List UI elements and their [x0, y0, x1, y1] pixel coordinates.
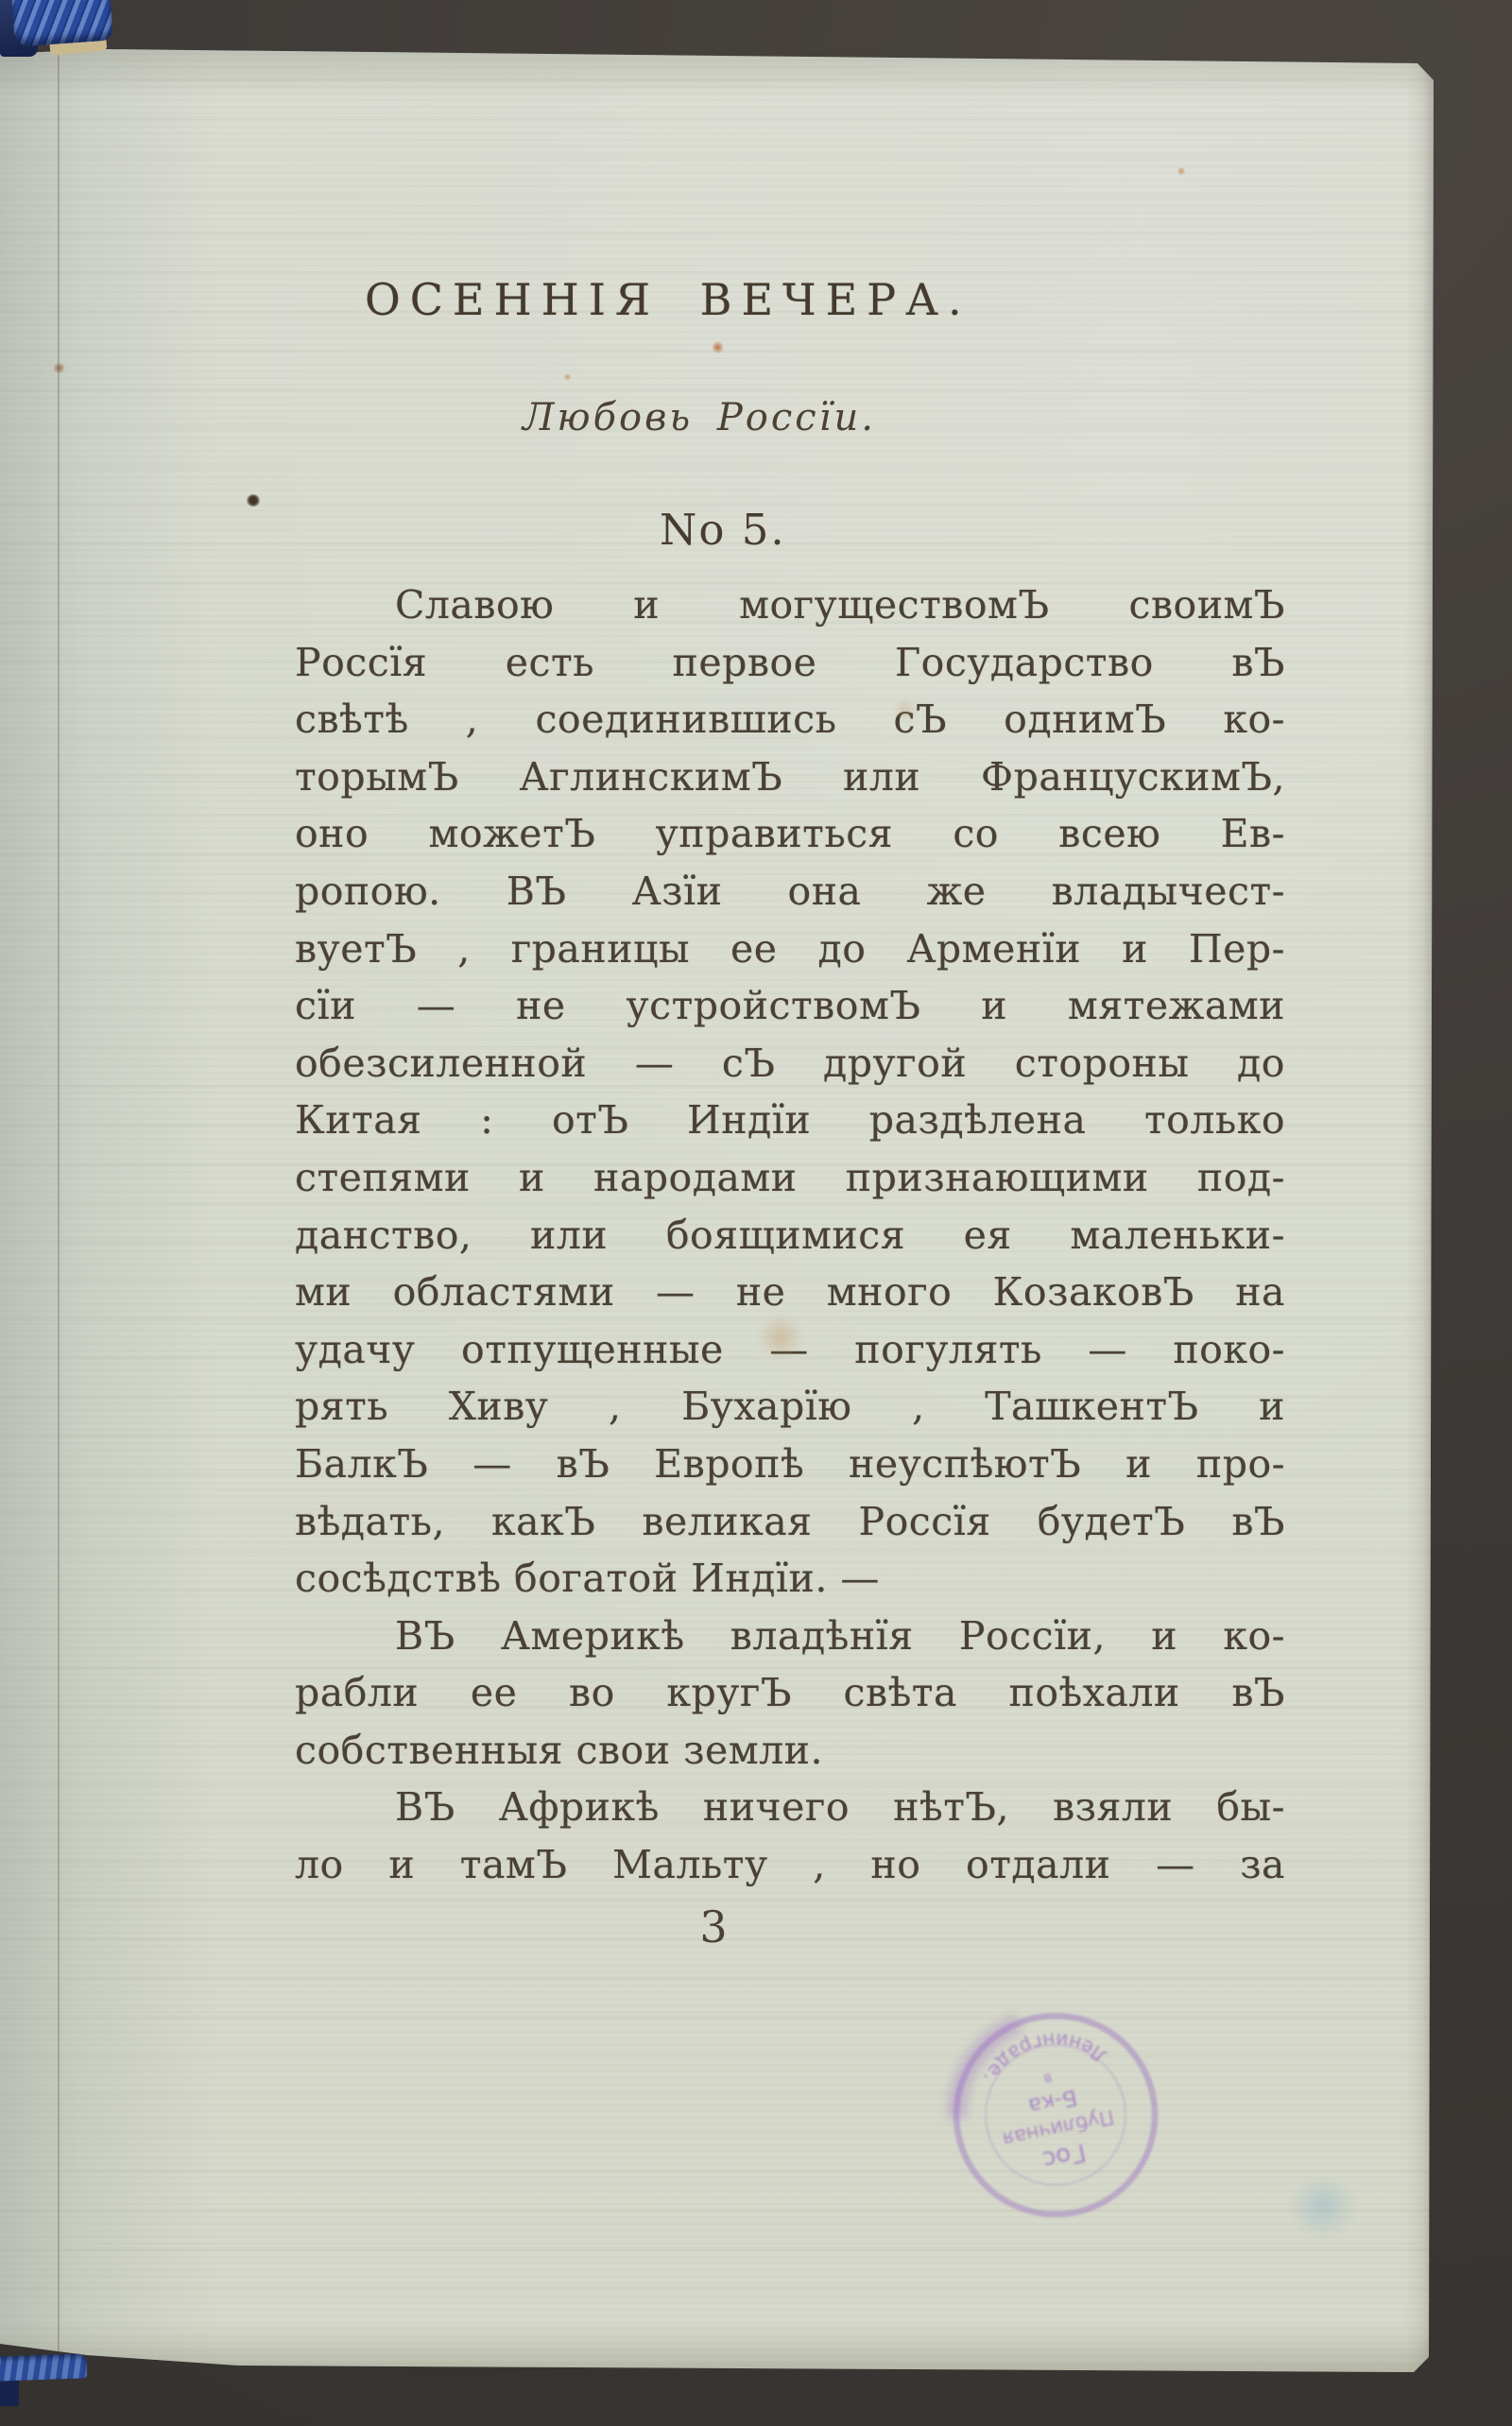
page-number: 3: [661, 1901, 765, 1953]
page-title: ОСЕННІЯ ВЕЧЕРА.: [365, 274, 971, 325]
text-line: Россїя есть первое Государство вЪ: [295, 634, 1285, 692]
page-top-shade: [0, 47, 1512, 99]
stain-smudge: [892, 699, 919, 720]
text-line: рабли ее во кругЪ свѣта поѣхали вЪ: [295, 1664, 1285, 1722]
text-line: данство, или боящимися ея маленьки-: [295, 1207, 1285, 1265]
text-line: ВЪ Америкѣ владѣнїя Россїи, и ко-: [295, 1608, 1285, 1665]
text-line: сїи — не устройствомЪ и мятежами: [295, 977, 1285, 1035]
headband-bottom-ribbon: [0, 2353, 87, 2381]
foxing-spot: [563, 373, 572, 381]
issue-number: No 5.: [660, 505, 786, 555]
text-line: ВЪ Африкѣ ничего нѣтЪ, взяли бы-: [295, 1779, 1285, 1836]
text-line: торымЪ АглинскимЪ или ФранцускимЪ,: [295, 748, 1285, 806]
blue-ink-smudge: [1283, 2179, 1363, 2234]
section-subtitle: Любовь Россїи.: [523, 396, 876, 439]
stamp-text-line: Гос: [1040, 2138, 1089, 2175]
photo-backdrop: ОСЕННІЯ ВЕЧЕРА. Любовь Россїи. No 5. Сла…: [0, 0, 1512, 2426]
text-line: БалкЪ — вЪ Европѣ неуспѣютЪ и про-: [295, 1436, 1285, 1493]
headband-top-ribbon: [11, 0, 113, 47]
text-line: обезсиленной — сЪ другой стороны до: [295, 1035, 1285, 1093]
foxing-spot: [1177, 166, 1185, 176]
text-line: ми областями — не много КозаковЪ на: [295, 1264, 1285, 1321]
text-line: сосѣдствѣ богатой Индїи. —: [295, 1550, 1285, 1608]
text-line: Китая : отЪ Индїи раздѣлена только: [295, 1092, 1285, 1149]
gutter-crease-line: [58, 49, 60, 2351]
text-line: ло и тамЪ Мальту , но отдали — за: [295, 1836, 1285, 1894]
foxing-spot: [53, 363, 65, 373]
stain-smudge: [756, 1316, 805, 1359]
text-line: Славою и могуществомЪ своимЪ: [295, 576, 1285, 634]
book-page: ОСЕННІЯ ВЕЧЕРА. Любовь Россїи. No 5. Сла…: [0, 0, 1512, 2426]
body-text: Славою и могуществомЪ своимЪ Россїя есть…: [295, 576, 1285, 1894]
page-right-edge-shadow: [1405, 0, 1435, 2426]
text-line: вуетЪ , границы ее до Арменїи и Пер-: [295, 921, 1285, 978]
text-line: оно можетЪ управиться со всею Ев-: [295, 805, 1285, 863]
ink-dot: [247, 494, 260, 507]
text-line: рять Хиву , Бухарїю , ТашкентЪ и: [295, 1378, 1285, 1436]
text-line: собственныя свои земли.: [295, 1722, 1285, 1780]
stamp-text-line: в: [1042, 2070, 1054, 2088]
page-bottom-shade: [0, 2327, 1512, 2374]
text-line: ропою. ВЪ Азїи она же владычест-: [295, 863, 1285, 921]
library-stamp: Гос Публичная Б-ка в Ленинграде.: [921, 1981, 1191, 2250]
text-line: вѣдать, какЪ великая Россїя будетЪ вЪ: [295, 1493, 1285, 1551]
foxing-spot: [713, 340, 723, 354]
text-line: степями и народами признающими под-: [295, 1149, 1285, 1207]
text-line: свѣтѣ , соединившись сЪ однимЪ ко-: [295, 691, 1285, 748]
